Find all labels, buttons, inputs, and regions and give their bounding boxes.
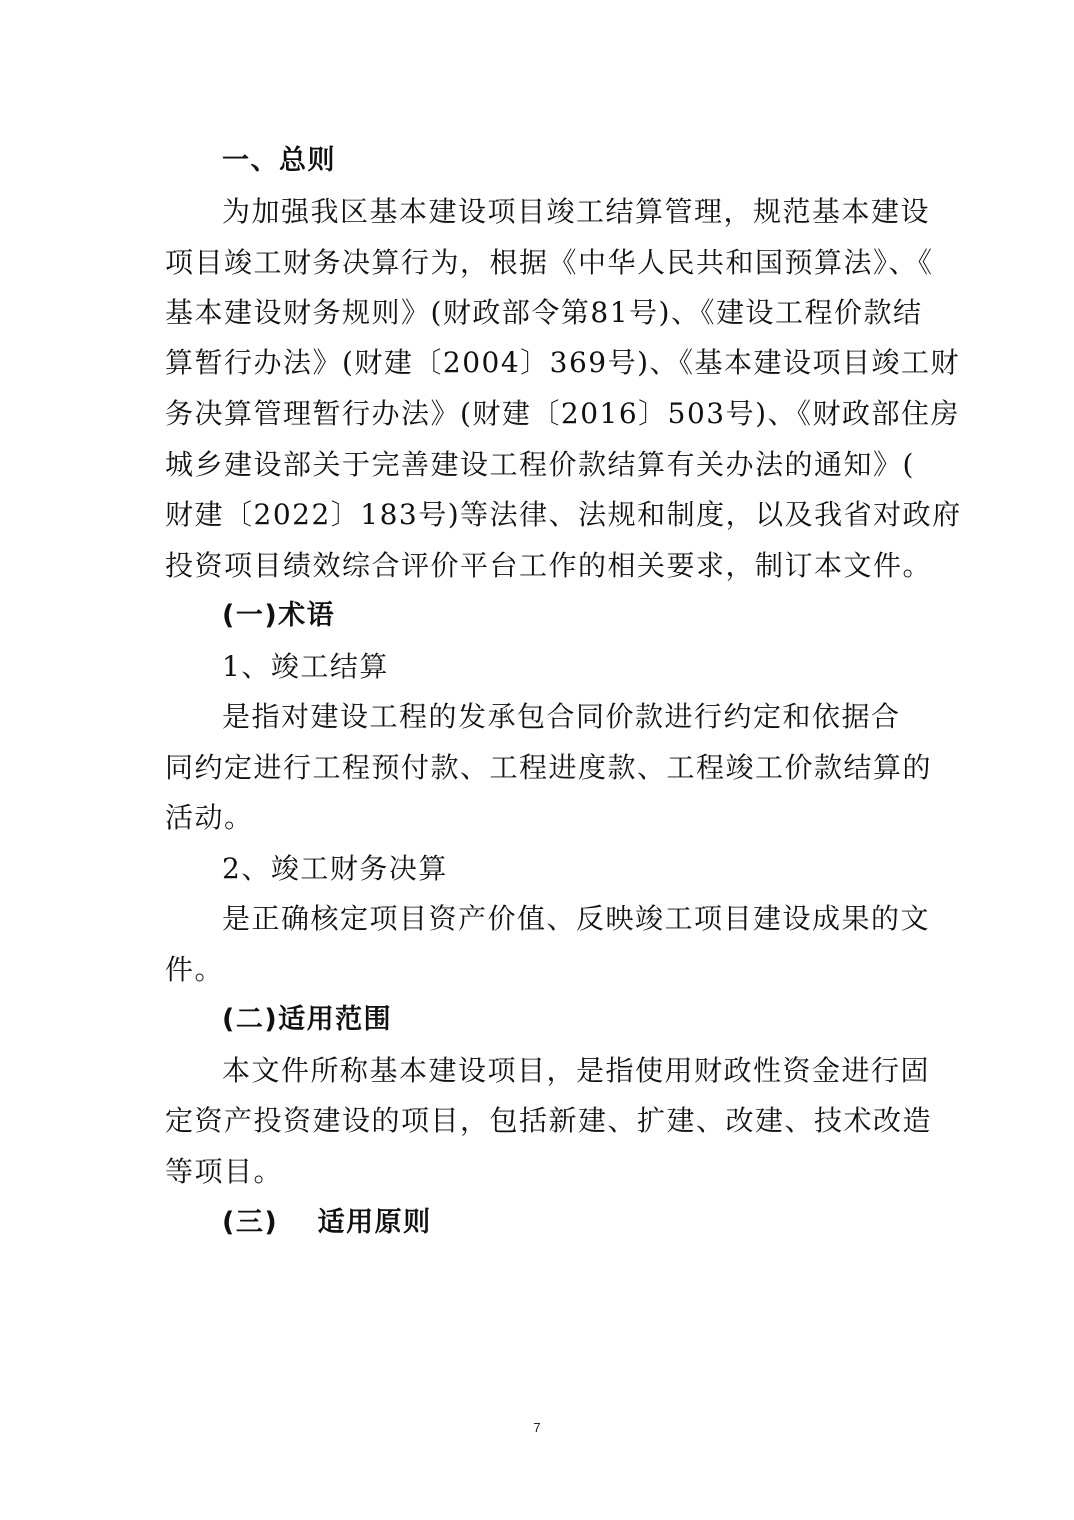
paragraph-line: 算暂行办法》(财建〔2004〕369号)、《基本建设项目竣工财 <box>165 347 915 379</box>
term-title: 2、竣工财务决算 <box>222 853 972 885</box>
paragraph-line: 基本建设财务规则》(财政部令第81号)、《建设工程价款结 <box>165 297 915 329</box>
document-page: 一、总则 为加强我区基本建设项目竣工结算管理，规范基本建设 项目竣工财务决算行为… <box>0 0 1074 1520</box>
paragraph-line: 同约定进行工程预付款、工程进度款、工程竣工价款结算的 <box>165 752 915 784</box>
subsection-heading-principles: (三) 适用原则 <box>222 1207 972 1239</box>
subsection-heading-scope: (二)适用范围 <box>222 1004 972 1036</box>
section-heading-general: 一、总则 <box>222 145 972 177</box>
paragraph-line: 项目竣工财务决算行为，根据《中华人民共和国预算法》、《 <box>165 247 915 279</box>
subsection-heading-terms: (一)术语 <box>222 600 972 632</box>
paragraph-line: 为加强我区基本建设项目竣工结算管理，规范基本建设 <box>222 196 972 228</box>
page-number: 7 <box>0 1420 1074 1435</box>
paragraph-line: 活动。 <box>165 802 915 834</box>
paragraph-line: 是正确核定项目资产价值、反映竣工项目建设成果的文 <box>222 903 972 935</box>
paragraph-line: 定资产投资建设的项目，包括新建、扩建、改建、技术改造 <box>165 1105 915 1137</box>
term-title: 1、竣工结算 <box>222 651 972 683</box>
paragraph-line: 财建〔2022〕183号)等法律、法规和制度，以及我省对政府 <box>165 499 915 531</box>
paragraph-line: 件。 <box>165 954 915 986</box>
paragraph-line: 等项目。 <box>165 1156 915 1188</box>
paragraph-line: 投资项目绩效综合评价平台工作的相关要求，制订本文件。 <box>165 550 915 582</box>
paragraph-line: 是指对建设工程的发承包合同价款进行约定和依据合 <box>222 701 972 733</box>
paragraph-line: 城乡建设部关于完善建设工程价款结算有关办法的通知》( <box>165 449 915 481</box>
paragraph-line: 务决算管理暂行办法》(财建〔2016〕503号)、《财政部住房 <box>165 398 915 430</box>
paragraph-line: 本文件所称基本建设项目，是指使用财政性资金进行固 <box>222 1055 972 1087</box>
